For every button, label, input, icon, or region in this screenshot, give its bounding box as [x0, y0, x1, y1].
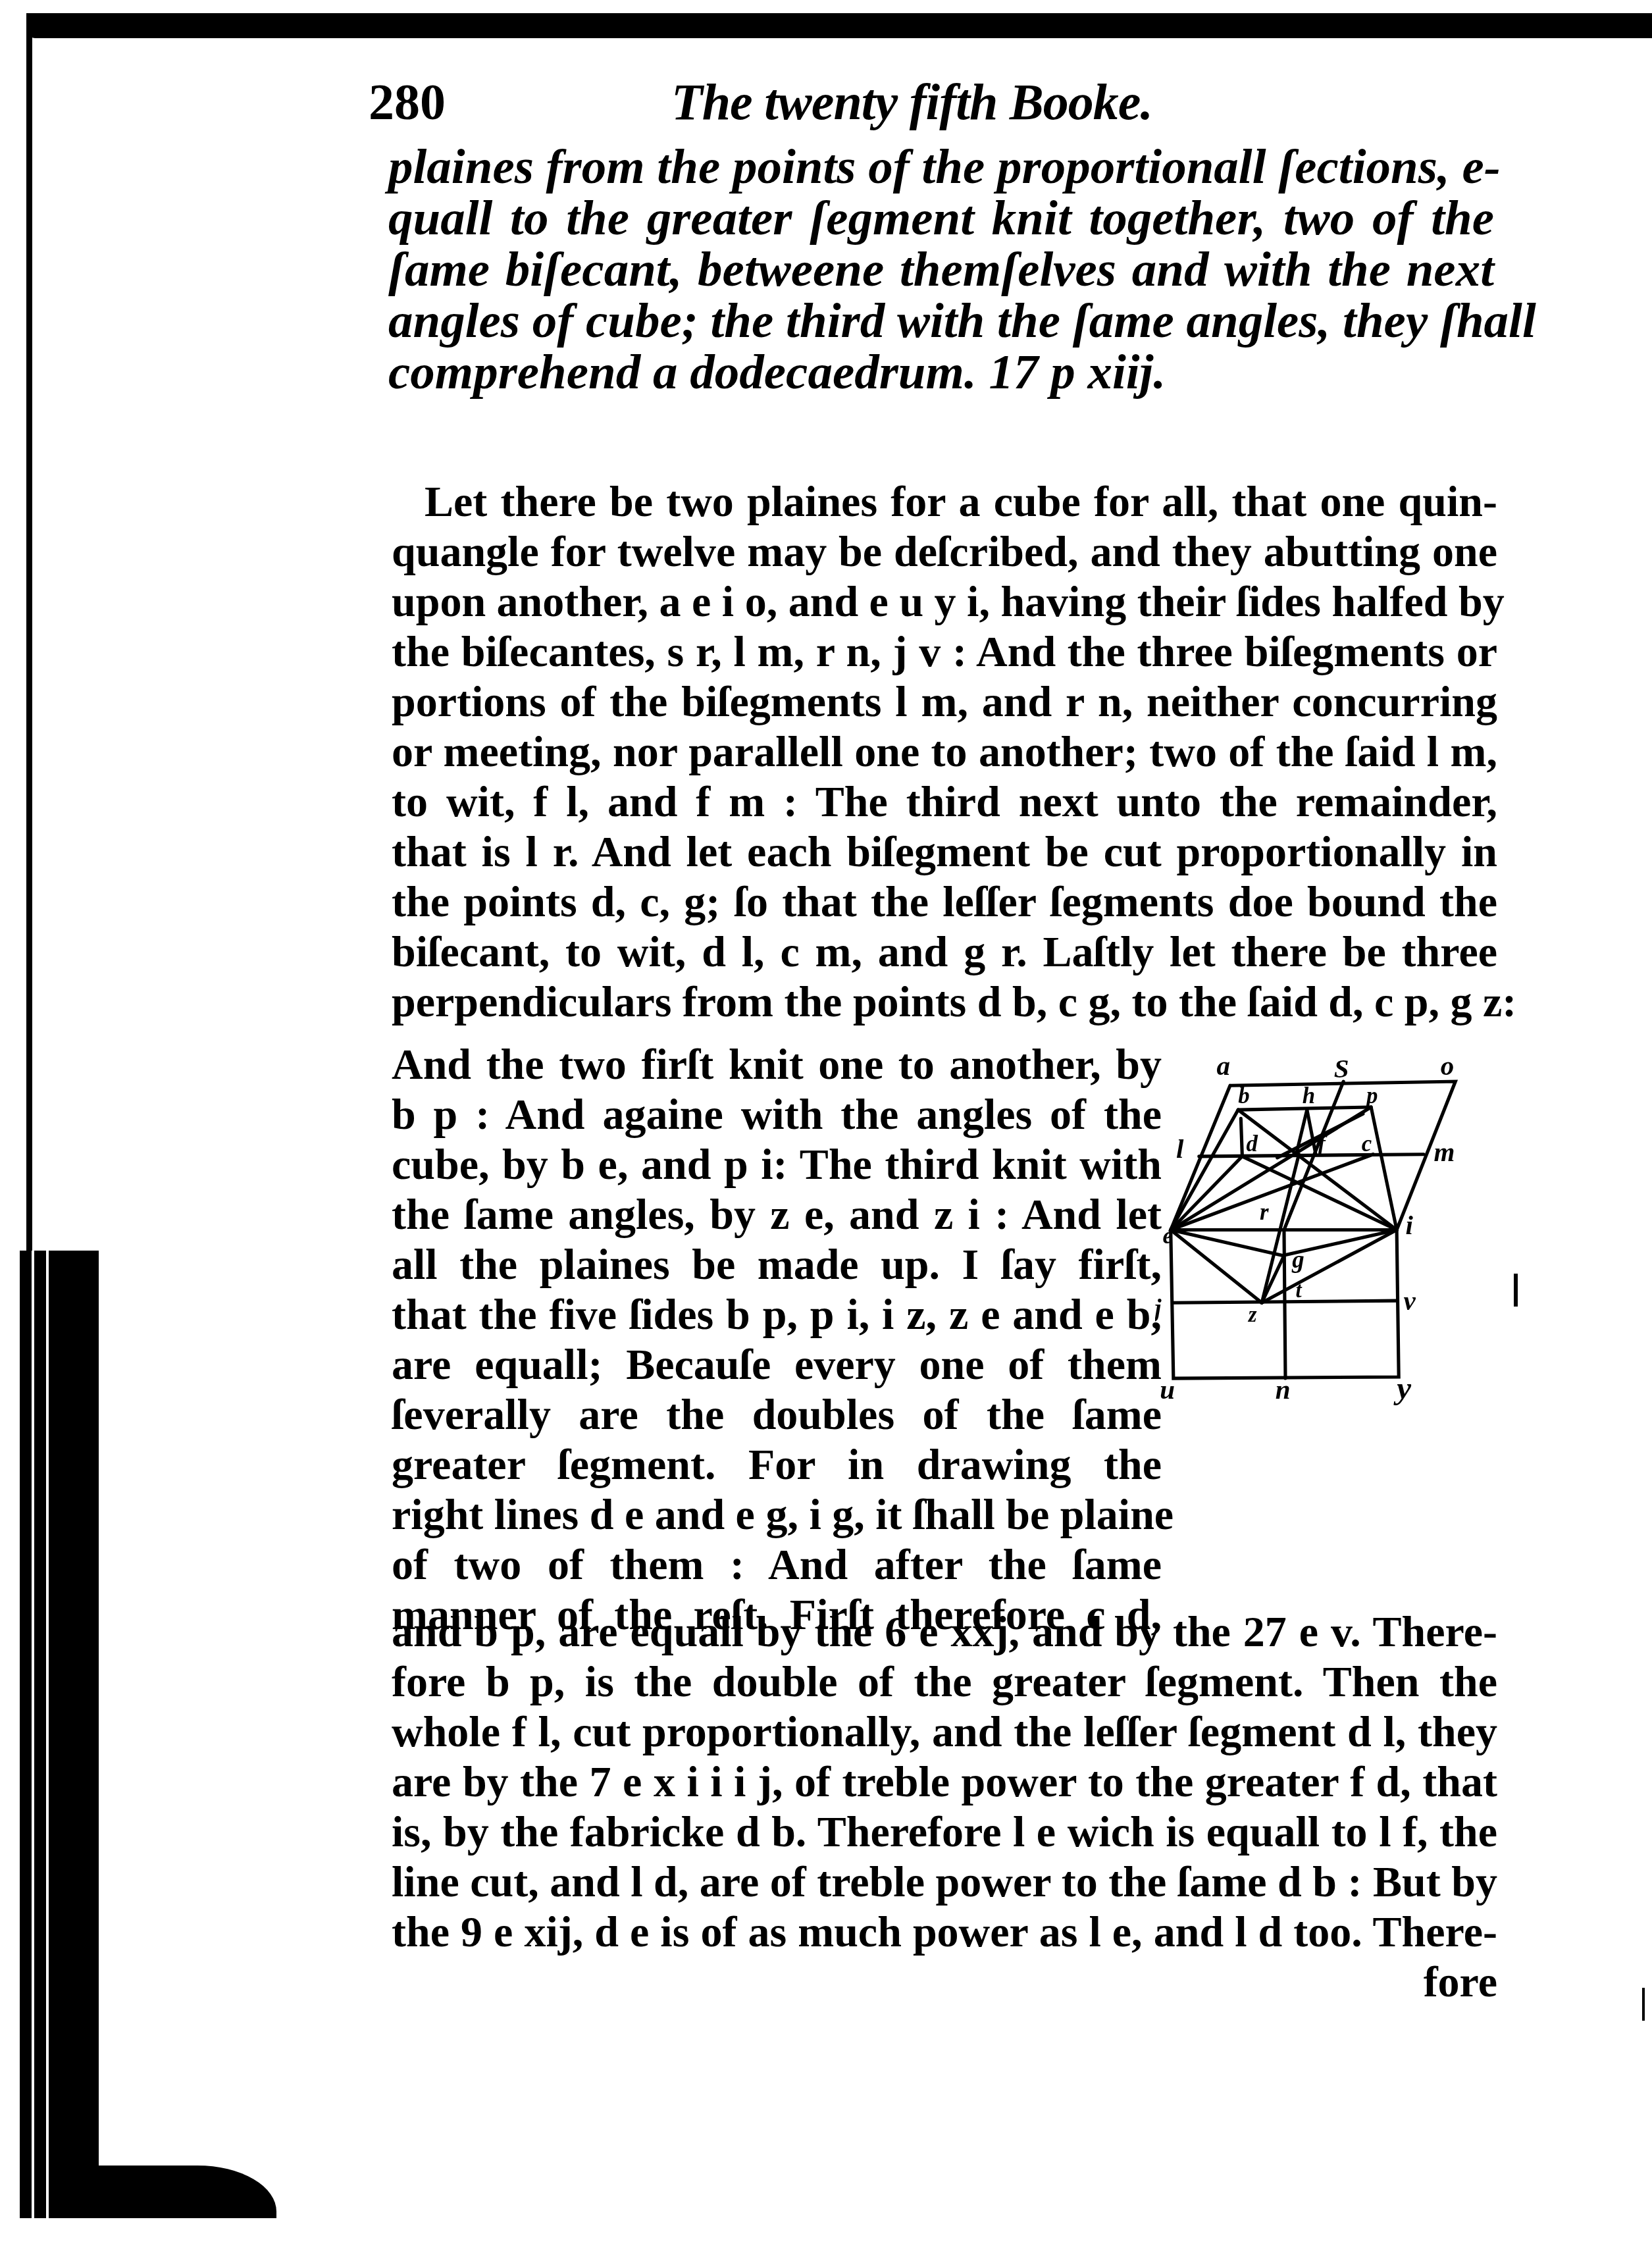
proposition-line: ſame biſecant, betweene themſelves and w…	[388, 244, 1494, 296]
label-s: S	[1334, 1053, 1349, 1083]
label-i: i	[1405, 1210, 1413, 1240]
body-line: the biſecantes, s r, l m, r n, j v : And…	[392, 627, 1497, 677]
body-line: ſeverally are the doubles of the ſame	[392, 1390, 1162, 1440]
catchword: fore	[392, 1958, 1497, 2008]
proposition-line: plaines from the points of the proportio…	[388, 142, 1494, 193]
label-z: z	[1248, 1303, 1257, 1327]
body-line: are equall; Becauſe every one of them	[392, 1340, 1162, 1390]
body-line: all the plaines be made up. I ſay firſt,	[392, 1240, 1162, 1290]
body-line: that the five ſides b p, p i, i z, z e a…	[392, 1290, 1162, 1340]
geometry-figure: a S o b h p l d f c m r e i g t z j v u …	[1155, 1053, 1524, 1593]
page-number: 280	[369, 72, 446, 132]
body-line: the points d, c, g; ſo that the leſſer ſ…	[392, 877, 1497, 927]
label-n: n	[1276, 1374, 1291, 1405]
body-line: and b p, are equall by the 6 e xxj, and …	[392, 1607, 1497, 1657]
body-line: that is l r. And let each biſegment be c…	[392, 827, 1497, 877]
label-l: l	[1176, 1133, 1184, 1164]
label-j: j	[1155, 1295, 1162, 1322]
body-line: upon another, a e i o, and e u y i, havi…	[392, 577, 1497, 627]
dodecahedron-construction-diagram: a S o b h p l d f c m r e i g t z j v u …	[1155, 1053, 1524, 1593]
scan-edge-top	[26, 13, 1652, 38]
body-line: are by the 7 e x i i i j, of treble powe…	[392, 1757, 1497, 1807]
label-o: o	[1441, 1053, 1455, 1081]
body-line: fore b p, is the double of the greater ſ…	[392, 1657, 1497, 1707]
label-u: u	[1160, 1374, 1175, 1405]
body-line: quangle for twelve may be deſcribed, and…	[392, 527, 1497, 577]
label-v: v	[1403, 1285, 1416, 1316]
body-line: of two of them : And after the ſame	[392, 1540, 1162, 1590]
binding-shadow-foot	[79, 2166, 276, 2218]
label-t: t	[1295, 1279, 1302, 1303]
body-line: biſecant, to wit, d l, c m, and g r. Laſ…	[392, 927, 1497, 977]
label-d: d	[1247, 1131, 1258, 1156]
label-e: e	[1162, 1223, 1172, 1249]
label-y: y	[1393, 1370, 1411, 1406]
body-line: b p : And againe with the angles of the	[392, 1090, 1162, 1140]
proposition-statement: plaines from the points of the proportio…	[388, 142, 1494, 398]
label-g: g	[1291, 1246, 1304, 1273]
running-head: 280 The twenty fifth Booke.	[369, 72, 1487, 145]
body-line: greater ſegment. For in drawing the	[392, 1440, 1162, 1490]
body-line: the 9 e xij, d e is of as much power as …	[392, 1907, 1497, 1958]
label-r: r	[1260, 1199, 1269, 1225]
body-paragraph-beside-figure: And the two firſt knit one to another, b…	[392, 1040, 1162, 1640]
body-line: And the two firſt knit one to another, b…	[392, 1040, 1162, 1090]
body-line: to wit, f l, and f m : The third next un…	[392, 777, 1497, 827]
body-line: the ſame angles, by z e, and z i : And l…	[392, 1190, 1162, 1240]
body-line: cube, by b e, and p i: The third knit wi…	[392, 1140, 1162, 1190]
proposition-line: quall to the greater ſegment knit togeth…	[388, 193, 1494, 244]
body-line: right lines d e and e g, i g, it ſhall b…	[392, 1490, 1162, 1540]
label-m: m	[1434, 1137, 1455, 1167]
stray-mark	[1642, 1988, 1645, 2021]
proposition-line: angles of cube; the third with the ſame …	[388, 296, 1494, 347]
label-b: b	[1238, 1083, 1249, 1108]
proposition-line: comprehend a dodecaedrum. 17 p xiij.	[388, 347, 1494, 398]
label-a: a	[1216, 1053, 1230, 1081]
body-line: perpendiculars from the points d b, c g,…	[392, 977, 1497, 1027]
body-line: portions of the biſegments l m, and r n,…	[392, 677, 1497, 727]
label-c: c	[1362, 1131, 1372, 1156]
body-line: whole f l, cut proportionally, and the l…	[392, 1707, 1497, 1757]
body-line: or meeting, nor parallell one to another…	[392, 727, 1497, 777]
label-h: h	[1303, 1083, 1315, 1108]
body-line: Let there be two plaines for a cube for …	[392, 477, 1497, 527]
running-title: The twenty fifth Booke.	[671, 72, 1152, 132]
body-line: is, by the fabricke d b. Therefore l e w…	[392, 1807, 1497, 1857]
binding-shadow	[20, 1251, 99, 2218]
label-p: p	[1364, 1083, 1378, 1108]
body-paragraph-bottom: and b p, are equall by the 6 e xxj, and …	[392, 1607, 1497, 2008]
body-line: line cut, and l d, are of treble power t…	[392, 1857, 1497, 1907]
body-paragraph-top: Let there be two plaines for a cube for …	[392, 477, 1497, 1027]
